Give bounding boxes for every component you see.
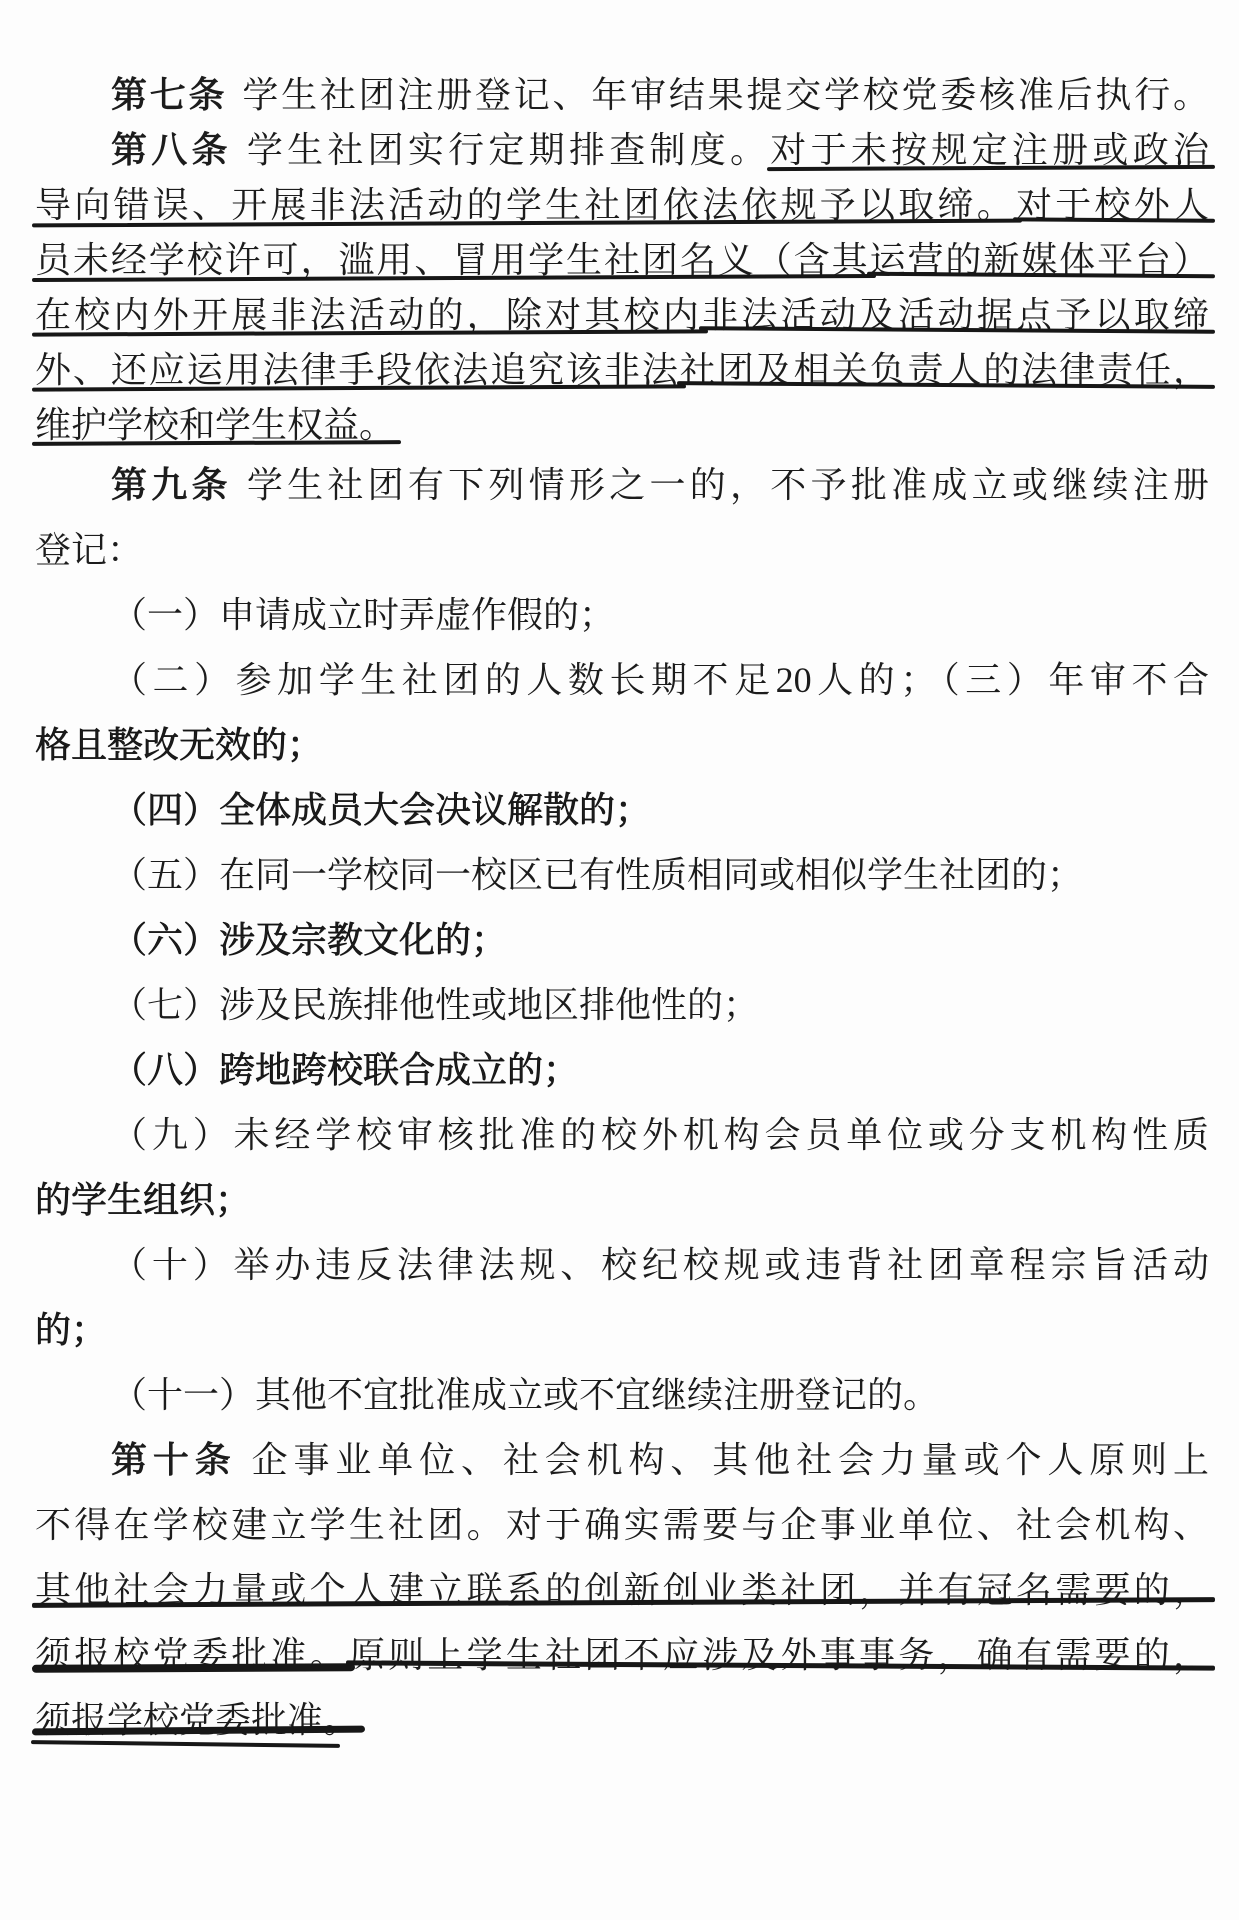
underlined-text-segment: 外、还应运用法律手段依法追究该非法	[35, 350, 680, 390]
underlined-text-segment: 维护学校和学生权益。	[35, 405, 395, 445]
text-line: 导向错误、开展非法活动的学生社团依法依规予以取缔。对于校外人	[35, 178, 1209, 233]
article-number: 第十条	[111, 1440, 237, 1480]
article-number: 第七条	[111, 75, 227, 115]
text-line: 须报学校党委批准。	[35, 1688, 1209, 1753]
underlined-text-segment: 非法活动及活动据点予以取缔	[702, 295, 1209, 335]
text-segment: 学生社团实行定期排查制度。	[247, 130, 770, 170]
text-line: （十一）其他不宜批准成立或不宜继续注册登记的。	[35, 1363, 1209, 1428]
text-segment: 的；	[35, 1310, 107, 1350]
underlined-text-segment: 在校内外开展非法活动的，除对其校内	[35, 295, 702, 335]
text-line: （六）涉及宗教文化的；	[35, 908, 1209, 973]
text-line: （八）跨地跨校联合成立的；	[35, 1038, 1209, 1103]
text-segment: 学生社团注册登记、年审结果提交学校党委核准后执行。	[242, 75, 1209, 115]
underlined-text-segment: 须报校党委批准。	[35, 1635, 349, 1675]
text-segment: （十一）其他不宜批准成立或不宜继续注册登记的。	[111, 1375, 939, 1415]
underlined-text-segment: 对于未按规定注册或政治	[770, 130, 1209, 170]
text-line: 的；	[35, 1298, 1209, 1363]
text-segment: （二）参加学生社团的人数长期不足20人的；（三）年审不合	[111, 660, 1209, 700]
underlined-text-segment: 导向错误、开展非法活动的学生社团依法依规予以取缔。	[35, 185, 1016, 225]
text-line: 第七条学生社团注册登记、年审结果提交学校党委核准后执行。	[35, 68, 1209, 123]
text-line: （七）涉及民族排他性或地区排他性的；	[35, 973, 1209, 1038]
text-line: 须报校党委批准。原则上学生社团不应涉及外事事务，确有需要的，	[35, 1623, 1209, 1688]
underlined-text-segment: 其他社会力量或个人建立联系的创新创业类社团，并有冠名需要的，	[35, 1570, 1209, 1610]
text-segment: 不得在学校建立学生社团。对于确实需要与企事业单位、社会机构、	[35, 1505, 1209, 1545]
text-line: 其他社会力量或个人建立联系的创新创业类社团，并有冠名需要的，	[35, 1558, 1209, 1623]
underlined-text-segment: 原则上学生社团不应涉及外事事务，确有需要的，	[349, 1635, 1209, 1675]
text-line: 的学生组织；	[35, 1168, 1209, 1233]
text-line: 不得在学校建立学生社团。对于确实需要与企事业单位、社会机构、	[35, 1493, 1209, 1558]
text-segment: 学生社团有下列情形之一的，不予批准成立或继续注册	[247, 465, 1209, 505]
text-segment: （十）举办违反法律法规、校纪校规或违背社团章程宗旨活动	[111, 1245, 1209, 1285]
text-segment: （一）申请成立时弄虚作假的；	[111, 595, 615, 635]
text-line: 第十条企事业单位、社会机构、其他社会力量或个人原则上	[35, 1428, 1209, 1493]
text-line: （十）举办违反法律法规、校纪校规或违背社团章程宗旨活动	[35, 1233, 1209, 1298]
text-segment: 企事业单位、社会机构、其他社会力量或个人原则上	[252, 1440, 1209, 1480]
text-line: 第八条学生社团实行定期排查制度。对于未按规定注册或政治	[35, 123, 1209, 178]
text-line: （五）在同一学校同一校区已有性质相同或相似学生社团的；	[35, 843, 1209, 908]
underlined-text-segment: 须报学校党委批准。	[35, 1700, 359, 1740]
text-line: （九）未经学校审核批准的校外机构会员单位或分支机构性质	[35, 1103, 1209, 1168]
text-segment: （九）未经学校审核批准的校外机构会员单位或分支机构性质	[111, 1115, 1209, 1155]
text-line: 维护学校和学生权益。	[35, 398, 1209, 453]
text-segment: 登记：	[35, 530, 143, 570]
underlined-text-segment: 员未经学校许可，滥用、冒用学生社团名义（含其	[35, 240, 870, 280]
text-line: 在校内外开展非法活动的，除对其校内非法活动及活动据点予以取缔	[35, 288, 1209, 343]
text-line: 员未经学校许可，滥用、冒用学生社团名义（含其运营的新媒体平台）	[35, 233, 1209, 288]
underlined-text-segment: 社团及相关负责人的法律责任，	[680, 350, 1209, 390]
article-number: 第九条	[111, 465, 232, 505]
text-line: 登记：	[35, 518, 1209, 583]
text-segment: （七）涉及民族排他性或地区排他性的；	[111, 985, 759, 1025]
text-segment: （八）跨地跨校联合成立的；	[111, 1050, 579, 1090]
underlined-text-segment: 运营的新媒体平台）	[870, 240, 1209, 280]
underlined-text-segment: 对于校外人	[1016, 185, 1209, 225]
text-segment: （四）全体成员大会决议解散的；	[111, 790, 651, 830]
document-body: 第七条学生社团注册登记、年审结果提交学校党委核准后执行。第八条学生社团实行定期排…	[35, 68, 1209, 1753]
text-line: 外、还应运用法律手段依法追究该非法社团及相关负责人的法律责任，	[35, 343, 1209, 398]
text-segment: （五）在同一学校同一校区已有性质相同或相似学生社团的；	[111, 855, 1083, 895]
text-segment: 的学生组织；	[35, 1180, 251, 1220]
text-line: （二）参加学生社团的人数长期不足20人的；（三）年审不合	[35, 648, 1209, 713]
article-number: 第八条	[111, 130, 232, 170]
text-line: 第九条学生社团有下列情形之一的，不予批准成立或继续注册	[35, 453, 1209, 518]
text-segment: （六）涉及宗教文化的；	[111, 920, 507, 960]
text-line: （四）全体成员大会决议解散的；	[35, 778, 1209, 843]
text-line: 格且整改无效的；	[35, 713, 1209, 778]
text-line: （一）申请成立时弄虚作假的；	[35, 583, 1209, 648]
document-page: 第七条学生社团注册登记、年审结果提交学校党委核准后执行。第八条学生社团实行定期排…	[0, 0, 1239, 1920]
text-segment: 格且整改无效的；	[35, 725, 323, 765]
